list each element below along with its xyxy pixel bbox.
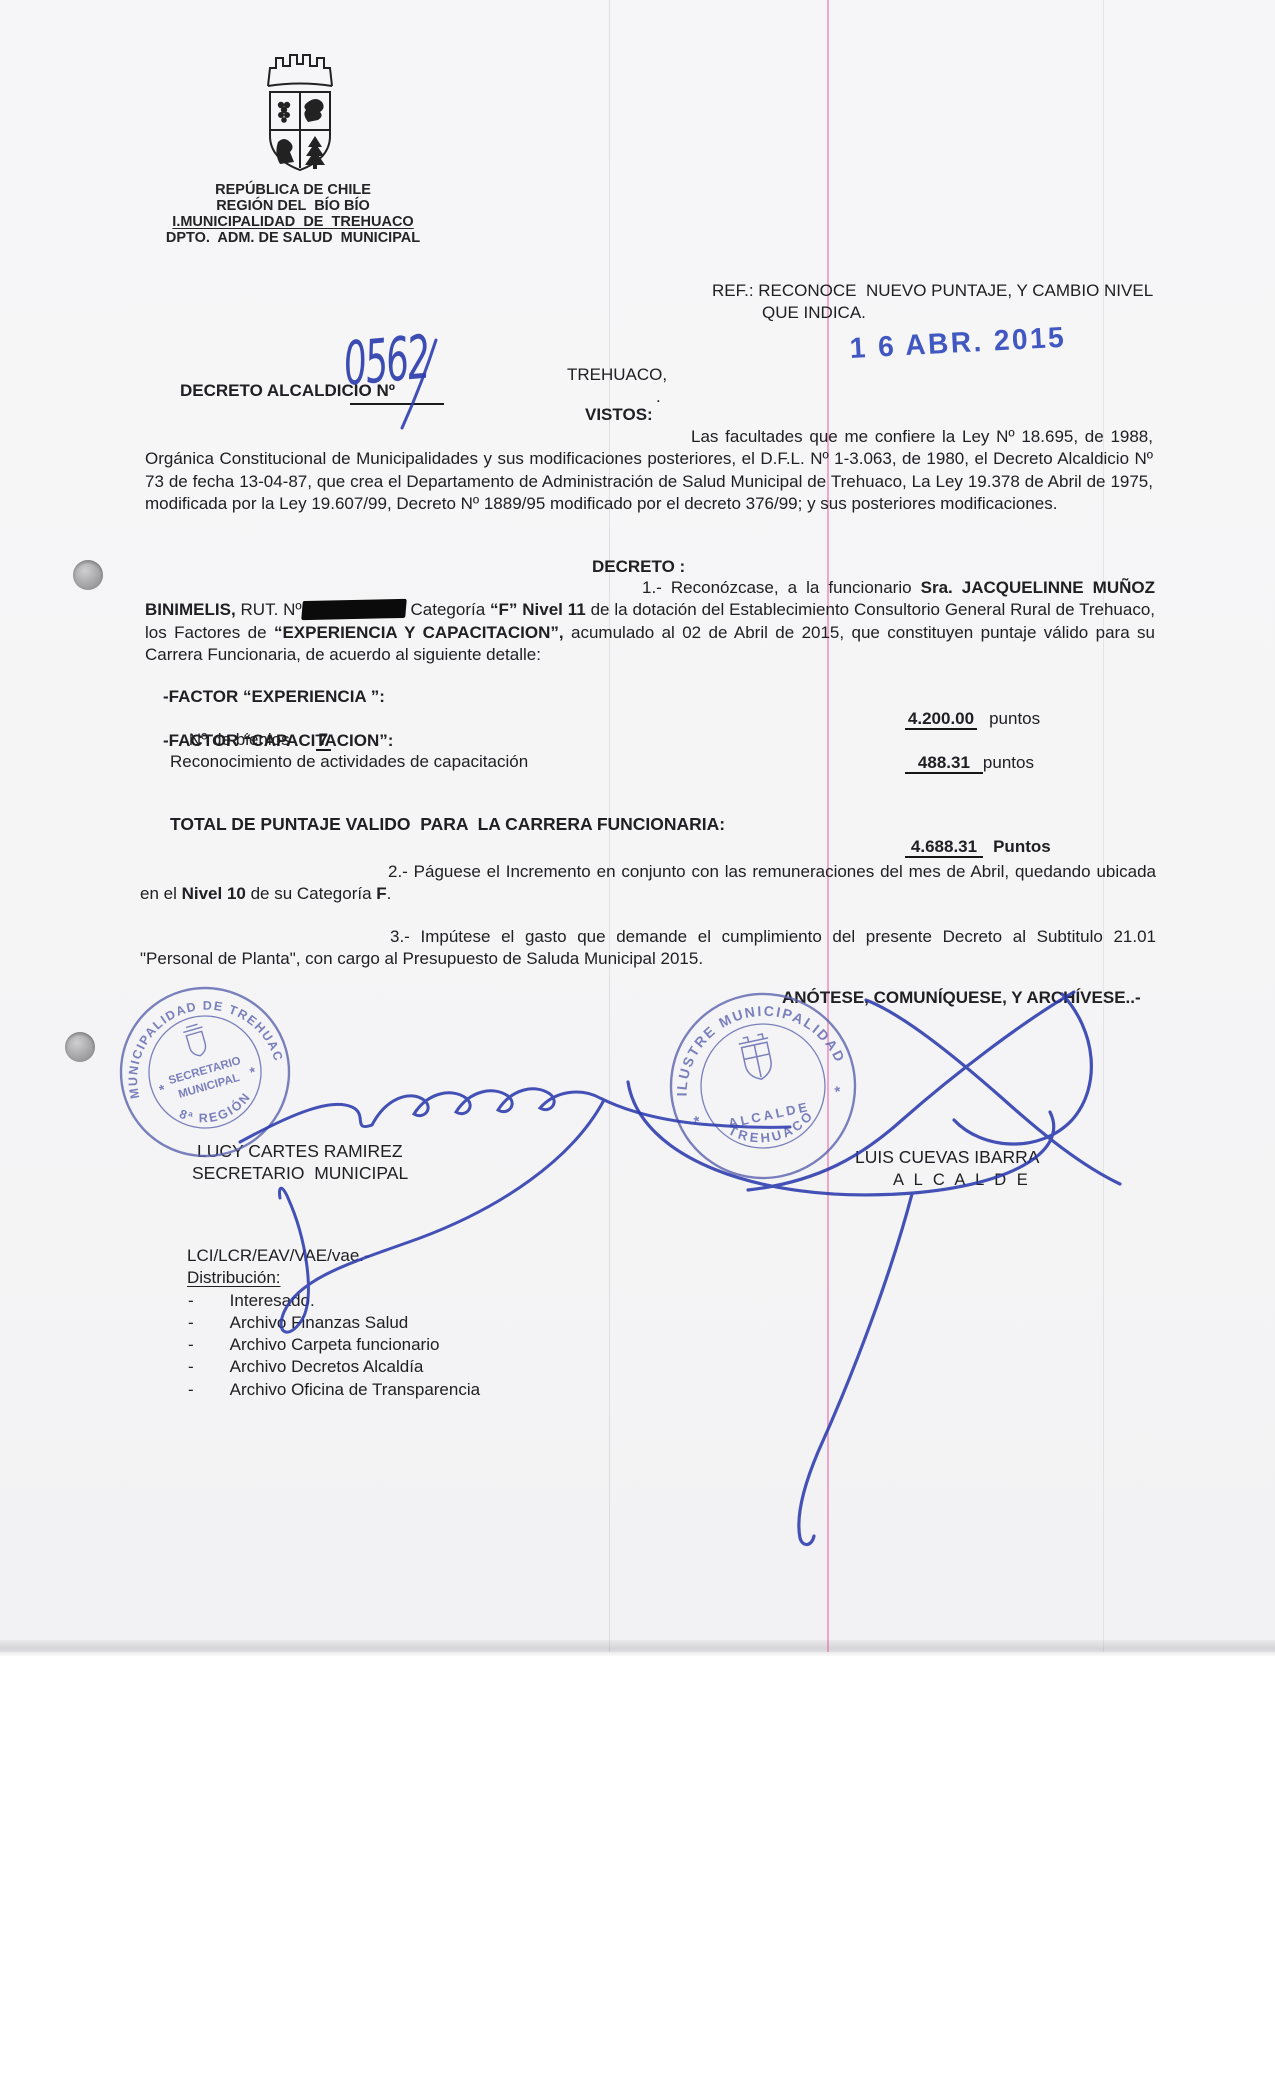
stamp-star-icon: * [157, 1081, 167, 1098]
svg-text:ILUSTRE MUNICIPALIDAD: ILUSTRE MUNICIPALIDAD [658, 986, 849, 1100]
stamp-star-icon: * [248, 1063, 258, 1080]
secretary-signature [240, 1089, 790, 1332]
secretary-stamp-crest [182, 1023, 210, 1058]
secretary-round-stamp: I. MUNICIPALIDAD DE TREHUACO 8ª REGIÓN S… [101, 968, 309, 1176]
mayor-stamp-arc-top: ILUSTRE MUNICIPALIDAD [658, 986, 849, 1100]
scanned-decree-page: REPÚBLICA DE CHILE REGIÓN DEL BÍO BÍO I.… [0, 0, 1275, 2100]
handwritten-slash [402, 340, 436, 428]
stamp-star-icon: * [833, 1083, 842, 1101]
mayor-stamp-crest [738, 1033, 776, 1082]
ink-overlay: I. MUNICIPALIDAD DE TREHUACO 8ª REGIÓN S… [0, 0, 1275, 2100]
